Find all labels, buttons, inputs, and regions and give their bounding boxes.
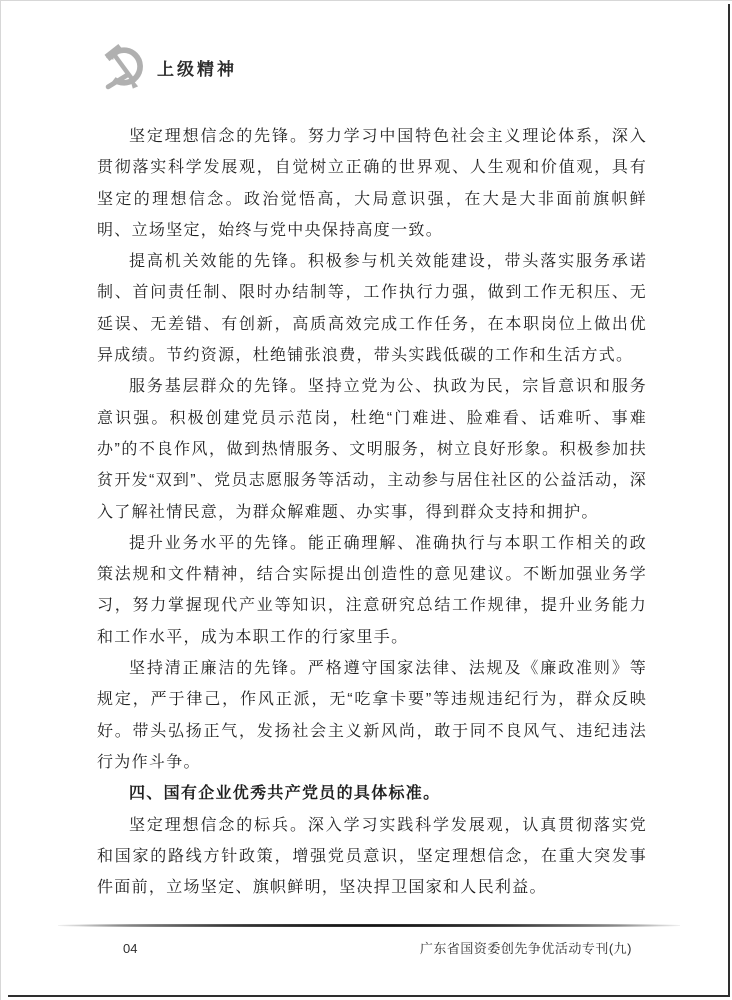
page-footer: 04 广东省国资委创先争优活动专刊(九) — [123, 938, 632, 957]
party-emblem-icon — [102, 44, 146, 91]
body-paragraph: 提升业务水平的先锋。能正确理解、准确执行与本职工作相关的政策法规和文件精神，结合… — [97, 528, 647, 653]
page-header: 上级精神 — [102, 44, 237, 91]
document-page: { "header": { "title": "上级精神", "emblem_i… — [0, 0, 732, 1000]
body-paragraph: 坚定理想信念的先锋。努力学习中国特色社会主义理论体系，深入贯彻落实科学发展观，自… — [97, 121, 647, 246]
footer-rule — [58, 924, 680, 927]
body-paragraph: 服务基层群众的先锋。坚持立党为公、执政为民，宗旨意识和服务意识强。积极创建党员示… — [97, 371, 647, 527]
body-paragraph: 提高机关效能的先锋。积极参与机关效能建设，带头落实服务承诺制、首问责任制、限时办… — [97, 246, 647, 371]
section-title: 上级精神 — [157, 55, 237, 80]
document-body: 坚定理想信念的先锋。努力学习中国特色社会主义理论体系，深入贯彻落实科学发展观，自… — [97, 121, 647, 903]
body-paragraph: 坚持清正廉洁的先锋。严格遵守国家法律、法规及《廉政准则》等规定，严于律己，作风正… — [97, 653, 647, 778]
section-heading: 四、国有企业优秀共产党员的具体标准。 — [97, 778, 647, 809]
body-paragraph: 坚定理想信念的标兵。深入学习实践科学发展观，认真贯彻落实党和国家的路线方针政策，… — [97, 810, 647, 904]
page-number: 04 — [123, 941, 137, 956]
journal-title: 广东省国资委创先争优活动专刊(九) — [420, 938, 632, 957]
